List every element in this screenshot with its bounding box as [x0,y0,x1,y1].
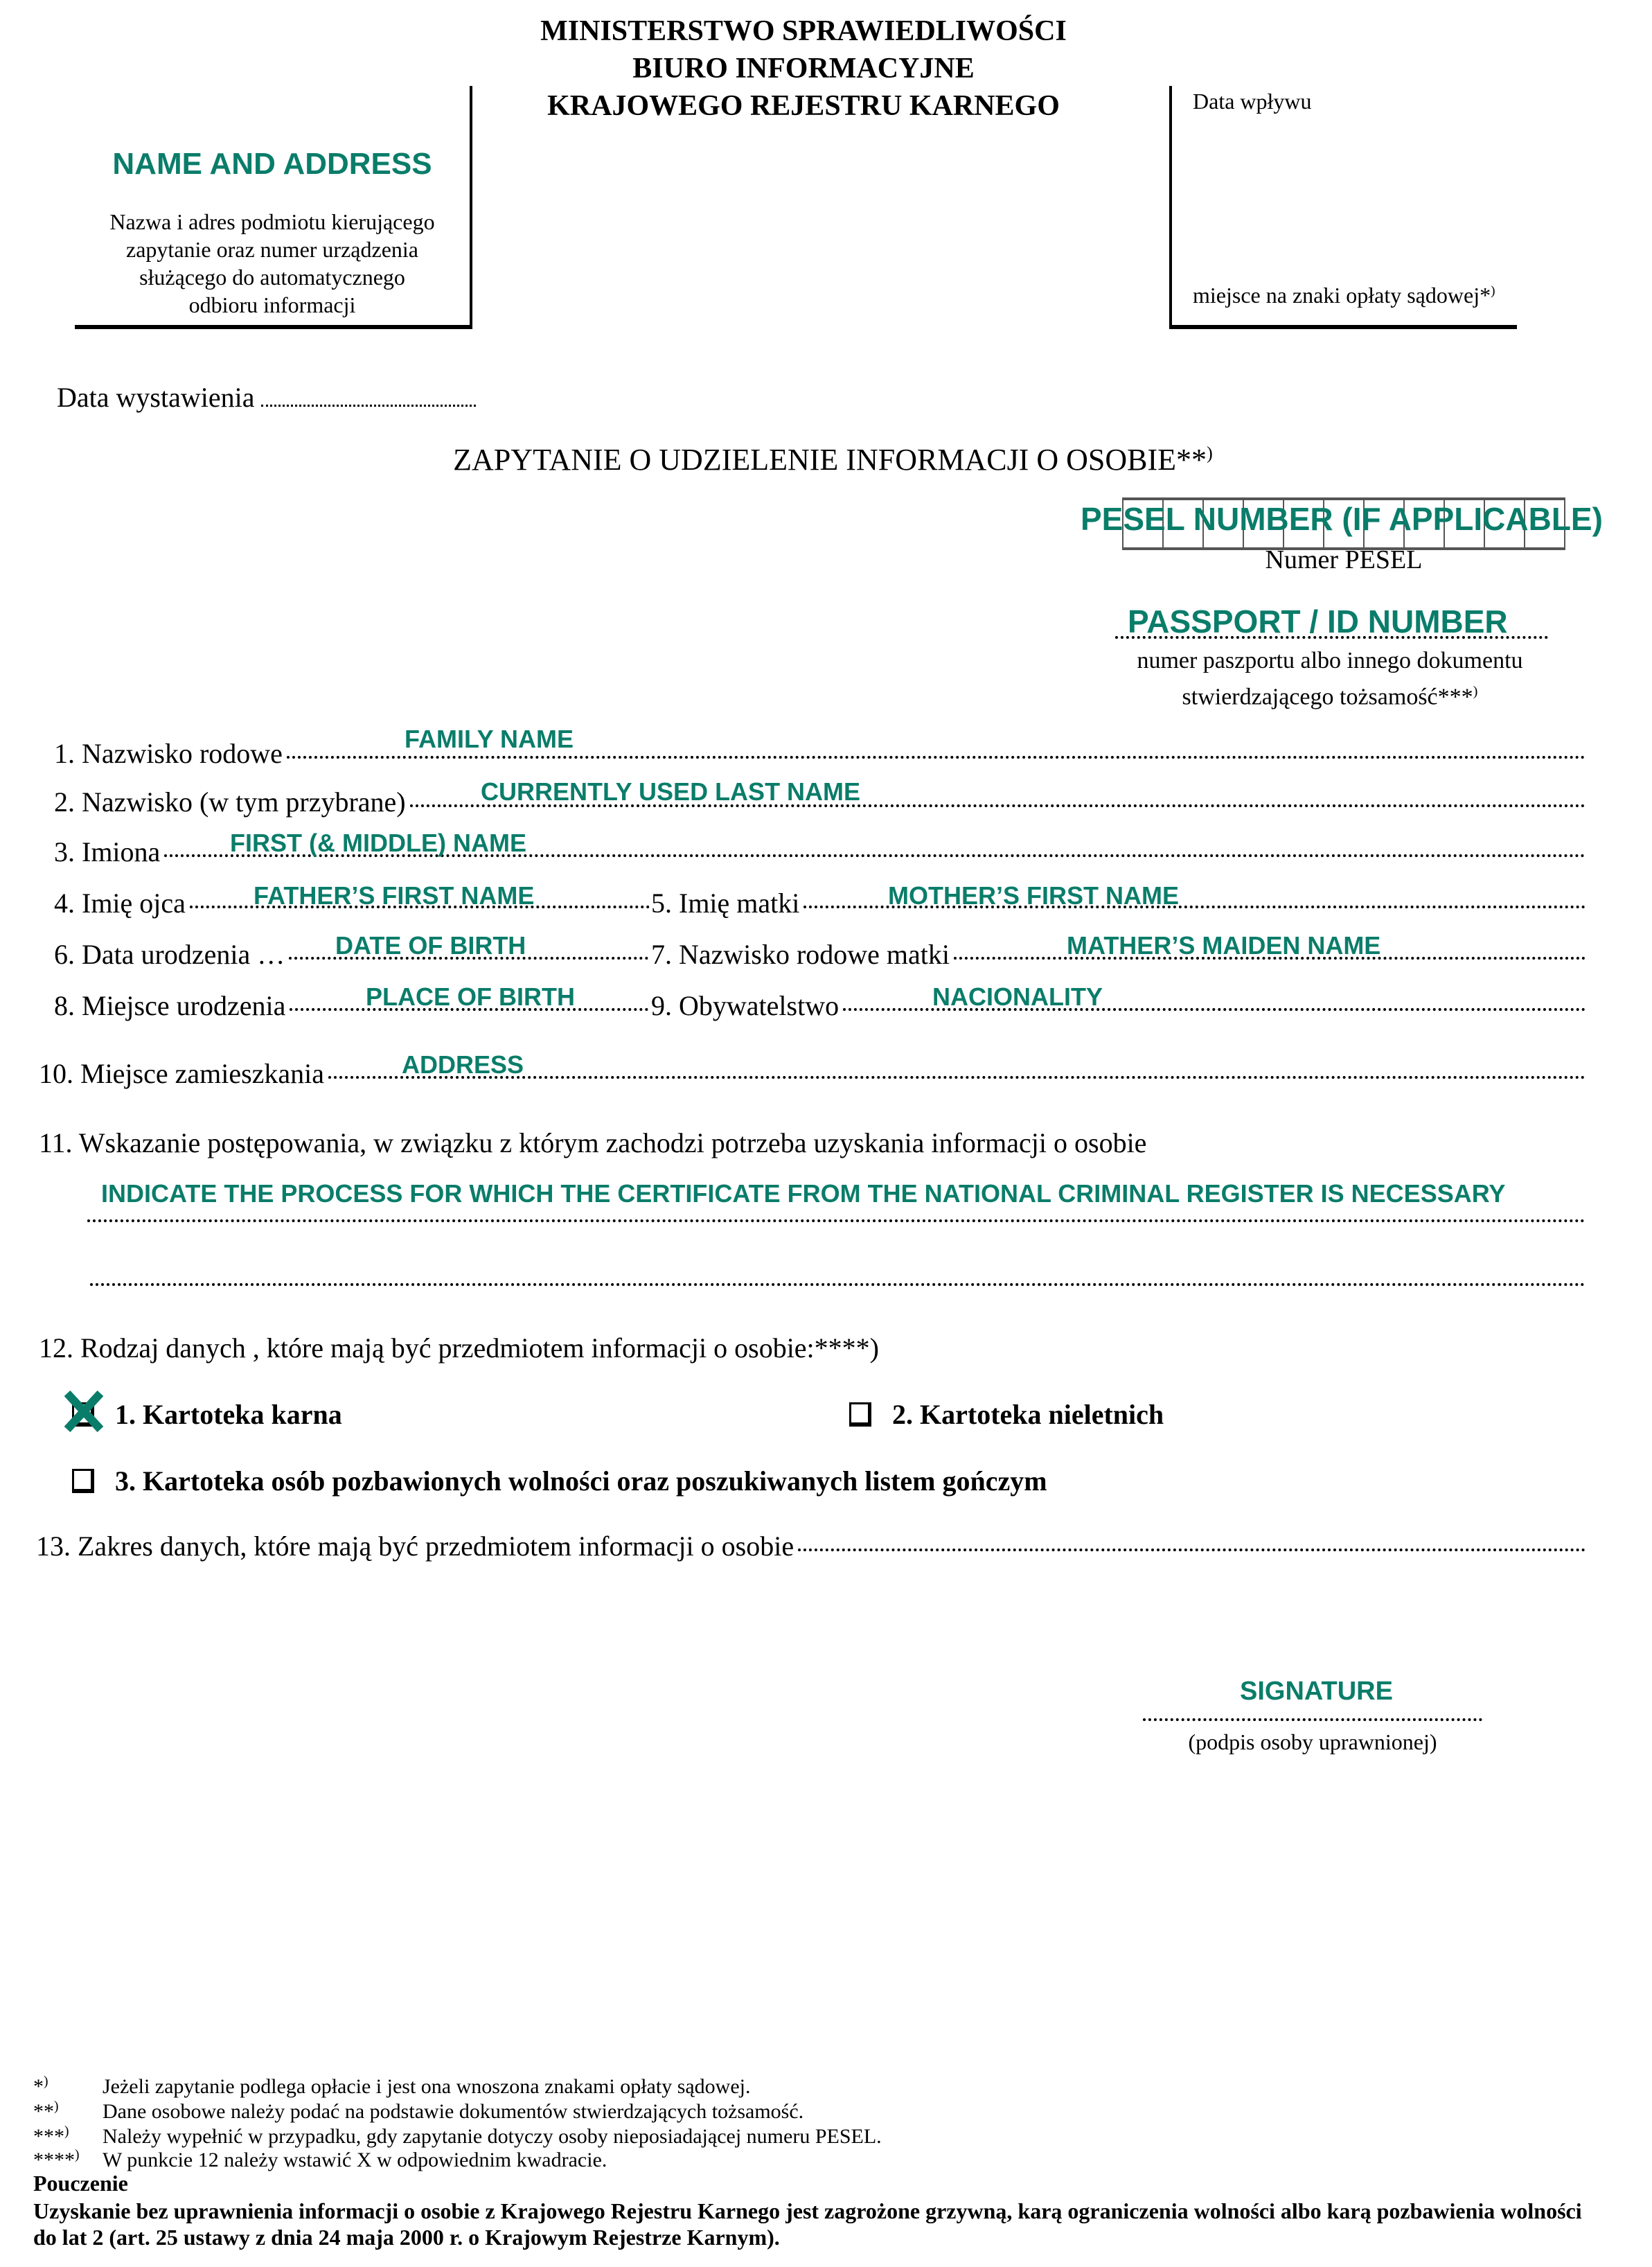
checkbox-juvenile-records[interactable] [849,1402,871,1427]
field-label: 9. Obywatelstwo [651,989,843,1022]
field-family-name[interactable]: 1. Nazwisko rodowe [54,737,1586,770]
mother-maiden-name-overlay: MATHER’S MAIDEN NAME [1067,931,1380,960]
header-line-1: MINISTERSTWO SPRAWIEDLIWOŚCI [485,12,1122,50]
field-label: 2. Nazwisko (w tym przybrane) [54,786,410,818]
sender-desc-line: zapytanie oraz numer urządzenia [89,236,456,263]
passport-caption-line: numer paszportu albo innego dokumentu [1081,646,1579,676]
field-data-scope[interactable]: 13. Zakres danych, które mają być przedm… [36,1530,1586,1562]
ministry-header: MINISTERSTWO SPRAWIEDLIWOŚCI BIURO INFOR… [485,12,1122,125]
field-label: 8. Miejsce urodzenia [54,989,290,1022]
date-of-birth-overlay: DATE OF BIRTH [335,931,526,960]
data-scope-input[interactable] [798,1549,1586,1551]
receipt-date-label: Data wpływu [1193,89,1312,114]
x-mark-icon [64,1391,103,1432]
passport-caption: numer paszportu albo innego dokumentu st… [1081,646,1579,712]
option-detained-wanted-records[interactable]: 3. Kartoteka osób pozbawionych wolności … [72,1465,1047,1497]
item12-label: 12. Rodzaj danych , które mają być przed… [39,1332,879,1364]
form-title: ZAPYTANIE O UDZIELENIE INFORMACJI O OSOB… [0,442,1652,477]
field-label: 1. Nazwisko rodowe [54,737,287,770]
item11-input-line-1[interactable] [87,1219,1586,1222]
first-names-overlay: FIRST (& MIDDLE) NAME [230,829,526,858]
footnote-ref: ) [1473,684,1478,699]
option-criminal-records[interactable]: 1. Kartoteka karna [72,1398,342,1431]
address-overlay: ADDRESS [402,1050,524,1079]
passport-input[interactable] [1115,636,1548,639]
item11-overlay: INDICATE THE PROCESS FOR WHICH THE CERTI… [101,1179,1505,1208]
footnote-mark: **) [33,2099,103,2124]
signature-overlay: SIGNATURE [1240,1677,1393,1706]
field-label: 4. Imię ojca [54,887,190,919]
family-name-overlay: FAMILY NAME [405,725,574,754]
passport-overlay-label: PASSPORT / ID NUMBER [1128,603,1508,640]
sender-description: Nazwa i adres podmiotu kierującego zapyt… [89,208,456,319]
footnote-text: Należy wypełnić w przypadku, gdy zapytan… [103,2125,882,2148]
sender-box[interactable]: NAME AND ADDRESS Nazwa i adres podmiotu … [75,86,472,329]
footnote-mark: *) [33,2074,103,2099]
sender-desc-line: odbioru informacji [89,291,456,319]
receipt-box[interactable]: Data wpływu miejsce na znaki opłaty sądo… [1169,86,1517,329]
field-label: 10. Miejsce zamieszkania [39,1057,328,1090]
form-title-text: ZAPYTANIE O UDZIELENIE INFORMACJI O OSOB… [453,443,1207,477]
footnote-text: Dane osobowe należy podać na podstawie d… [103,2100,803,2123]
field-label: 13. Zakres danych, które mają być przedm… [36,1530,798,1562]
signature-field[interactable] [1143,1718,1482,1721]
footnote-4: ****)W punkcie 12 należy wstawić X w odp… [33,2148,607,2172]
issue-date-field[interactable]: Data wystawienia [57,381,476,414]
issue-date-input[interactable] [261,405,476,407]
option-label: 2. Kartoteka nieletnich [892,1398,1164,1431]
option-label: 1. Kartoteka karna [115,1398,342,1431]
notice-title: Pouczenie [33,2171,128,2196]
family-name-input[interactable] [287,756,1586,759]
field-label: 5. Imię matki [651,887,803,919]
option-label: 3. Kartoteka osób pozbawionych wolności … [115,1465,1047,1497]
mother-name-overlay: MOTHER’S FIRST NAME [888,881,1179,910]
footnote-2: **)Dane osobowe należy podać na podstawi… [33,2099,803,2124]
field-label: 6. Data urodzenia … [54,938,289,971]
signature-caption: (podpis osoby uprawnionej) [1143,1729,1482,1755]
notice-text: Uzyskanie bez uprawnienia informacji o o… [33,2198,1599,2250]
option-juvenile-records[interactable]: 2. Kartoteka nieletnich [849,1398,1164,1431]
sender-desc-line: służącego do automatycznego [89,263,456,291]
header-line-2: BIURO INFORMACYJNE [485,50,1122,87]
footnote-ref: ) [1491,283,1495,298]
item11-input-line-2[interactable] [90,1283,1586,1286]
court-fee-label: miejsce na znaki opłaty sądowej*) [1193,283,1495,308]
footnote-1: *)Jeżeli zapytanie podlega opłacie i jes… [33,2074,751,2099]
current-last-name-overlay: CURRENTLY USED LAST NAME [481,777,860,806]
field-label: 3. Imiona [54,836,164,868]
pesel-caption: Numer PESEL [1122,545,1565,575]
citizenship-overlay: NACIONALITY [932,982,1103,1012]
pesel-overlay-label: PESEL NUMBER (IF APPLICABLE) [1081,500,1603,538]
footnote-ref: ) [1207,442,1213,463]
sender-overlay-label: NAME AND ADDRESS [75,147,470,182]
checkbox-detained-wanted-records[interactable] [72,1469,94,1493]
place-of-birth-overlay: PLACE OF BIRTH [366,982,575,1012]
father-name-overlay: FATHER’S FIRST NAME [254,881,534,910]
footnote-mark: ***) [33,2124,103,2149]
item11-label: 11. Wskazanie postępowania, w związku z … [39,1127,1146,1159]
header-line-3: KRAJOWEGO REJESTRU KARNEGO [485,87,1122,125]
court-fee-text: miejsce na znaki opłaty sądowej* [1193,283,1491,308]
footnote-3: ***)Należy wypełnić w przypadku, gdy zap… [33,2124,882,2149]
checkbox-criminal-records[interactable] [72,1402,94,1427]
passport-caption-line: stwierdzającego tożsamość*** [1182,684,1473,709]
field-citizenship[interactable]: 9. Obywatelstwo [651,989,1586,1022]
field-label: 7. Nazwisko rodowe matki [651,938,954,971]
issue-date-label: Data wystawienia [57,382,254,413]
field-address[interactable]: 10. Miejsce zamieszkania [39,1057,1586,1090]
footnote-text: Jeżeli zapytanie podlega opłacie i jest … [103,2075,751,2098]
footnote-text: W punkcie 12 należy wstawić X w odpowied… [103,2149,607,2171]
footnote-mark: ****) [33,2148,103,2172]
sender-desc-line: Nazwa i adres podmiotu kierującego [89,208,456,236]
